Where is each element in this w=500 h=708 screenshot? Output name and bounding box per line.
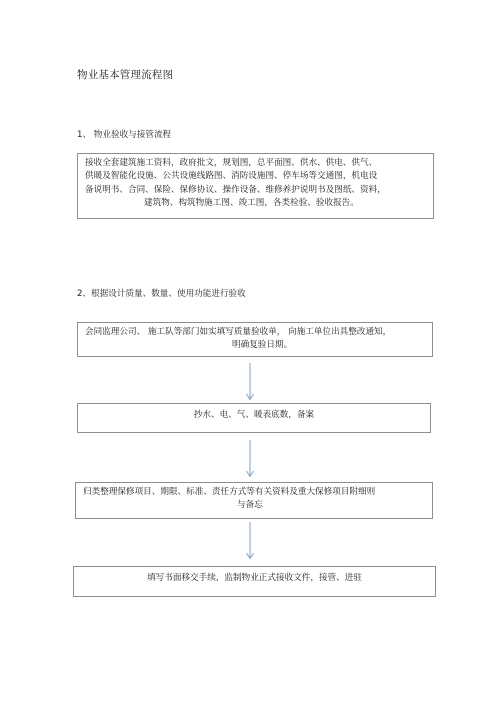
flow-step-meter-reading: 抄水、电、气、暖表底数，备案 <box>77 403 431 433</box>
down-arrow-icon <box>245 522 255 560</box>
box-line: 归类整理保修项目、期限、标准、责任方式等有关资料及重大保修项目附细则 <box>83 486 432 499</box>
section-heading-1: 1、 物业验收与接管流程 <box>77 128 171 140</box>
box-line: 与备忘 <box>83 499 432 512</box>
box-line: 会同监理公司、 施工队等部门如实填写质量验收单， 向施工单位出具整改通知， <box>85 326 432 339</box>
section-heading-2: 2、根据设计质量、数量、使用功能进行验收 <box>77 287 246 299</box>
box-line: 建筑物、构筑物施工图、竣工图，各类检验、验收报告。 <box>85 197 433 210</box>
flow-step-warranty-archive: 归类整理保修项目、期限、标准、责任方式等有关资料及重大保修项目附细则 与备忘 <box>75 482 433 519</box>
down-arrow-icon <box>245 363 255 401</box>
page-title: 物业基本管理流程图 <box>77 67 173 82</box>
received-documents-box: 接收全套建筑施工资料，政府批文，规划图，总平面图、供水、供电、供气、 供暖及智能… <box>77 153 434 219</box>
flow-step-handover: 填写书面移交手续，监制物业正式接收文件，接管、进驻 <box>73 566 436 597</box>
box-line: 供暖及智能化设施、公共设施线路图、消防设施图、停车场等交通图，机电设 <box>85 170 433 183</box>
flow-step-inspection: 会同监理公司、 施工队等部门如实填写质量验收单， 向施工单位出具整改通知， 明确… <box>77 322 433 357</box>
down-arrow-icon <box>245 440 255 478</box>
box-line: 接收全套建筑施工资料，政府批文，规划图，总平面图、供水、供电、供气、 <box>85 157 433 170</box>
box-line: 备说明书、合同、保险、保修协议、操作设备、维修养护说明书及图纸、资料， <box>85 184 433 197</box>
box-line: 填写书面移交手续，监制物业正式接收文件，接管、进驻 <box>74 572 435 585</box>
box-line: 抄水、电、气、暖表底数，备案 <box>78 409 430 422</box>
box-line: 明确复验日期。 <box>85 339 432 352</box>
